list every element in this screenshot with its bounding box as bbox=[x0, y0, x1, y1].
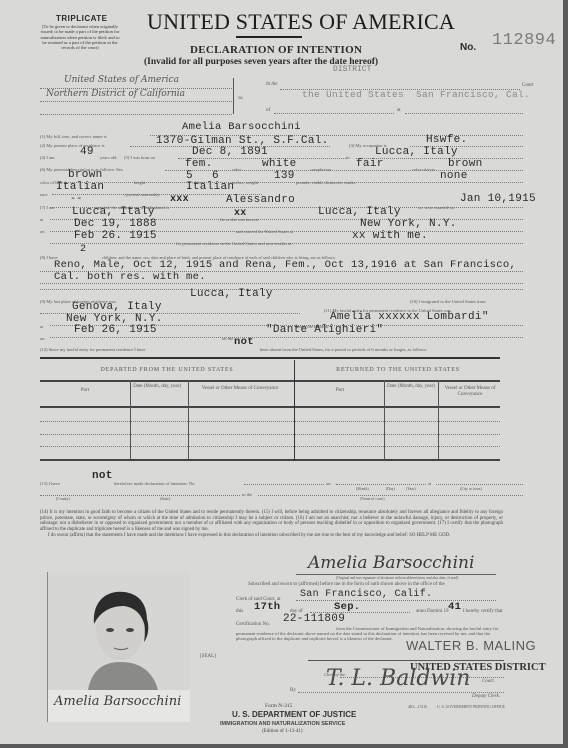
col-date-returned: Date (Month, day, year) bbox=[384, 384, 438, 390]
court-suffix: Court. bbox=[482, 679, 495, 684]
field-10-label: (10) I emigrated to the United States fr… bbox=[410, 299, 486, 304]
jurat-year-value: 41 bbox=[448, 601, 461, 613]
jurat-day-value: 17th bbox=[254, 601, 280, 613]
oath-swear: I do swear (affirm) that the statements … bbox=[40, 533, 503, 539]
prior-declaration-label: heretofore made declaration of intention… bbox=[114, 481, 195, 486]
absence-value: not bbox=[234, 336, 254, 348]
oath-text: (14) It is my intention in good faith to… bbox=[40, 510, 503, 539]
race-value: Italian bbox=[56, 181, 104, 193]
printer-name: U. S. GOVERNMENT PRINTING OFFICE bbox=[437, 705, 505, 709]
declaration-number: 112894 bbox=[492, 31, 556, 50]
day-caption: (Day) bbox=[386, 487, 395, 491]
birth-date-value: Dec 8, 1891 bbox=[192, 146, 268, 158]
number-label: No. bbox=[460, 42, 476, 53]
city-caption: (City or town) bbox=[460, 487, 482, 491]
signature-caption: (Original and true signature of declaran… bbox=[336, 576, 458, 580]
anno-domini-label: anno Domini 19 bbox=[416, 609, 449, 614]
col-port-departed: Port bbox=[40, 388, 130, 394]
ss-label: ss: bbox=[238, 96, 243, 101]
color-value: white bbox=[262, 158, 297, 170]
venue-district: Northern District of California bbox=[46, 89, 185, 99]
col-vessel-returned: Vessel or Other Means of Conveyance bbox=[440, 386, 500, 398]
declaration-of-intention-document: TRIPLICATE (To be given to declarant whe… bbox=[0, 0, 563, 744]
prior-declaration-value: not bbox=[92, 470, 113, 482]
last-foreign-residence-value: Lucca, Italy bbox=[190, 288, 273, 300]
birth-place-value: Lucca, Italy bbox=[375, 146, 458, 158]
field-4-label: (4) I am bbox=[40, 155, 55, 160]
declarant-signature: Amelia Barsocchini bbox=[308, 553, 474, 573]
department-name: U. S. DEPARTMENT OF JUSTICE bbox=[232, 710, 356, 719]
spouse-birthplace-value: Lucca, Italy bbox=[318, 206, 401, 218]
of-label: of bbox=[266, 108, 270, 113]
certification-number: 22-111809 bbox=[283, 613, 345, 625]
deputy-clerk-signature: T. L. Baldwin bbox=[326, 666, 470, 691]
deputy-clerk-label: Deputy Clerk. bbox=[472, 694, 500, 699]
returned-header: RETURNED TO THE UNITED STATES bbox=[296, 360, 500, 380]
children-count-value: 2 bbox=[80, 244, 86, 255]
field-5-label: (5) I was born on bbox=[124, 155, 155, 160]
jurat-city-value: San Francisco, Calif. bbox=[300, 589, 432, 600]
field-2-label: (2) My present place of residence is bbox=[40, 143, 104, 148]
document-title: UNITED STATES OF AMERICA bbox=[147, 9, 455, 35]
oath-paragraph: (14) It is my intention in good faith to… bbox=[40, 510, 503, 532]
venue-bracket bbox=[233, 78, 234, 114]
triplicate-note: (To be given to declarant when originall… bbox=[40, 24, 120, 50]
portrait-icon bbox=[48, 572, 190, 690]
married-place-value: Lucca, Italy bbox=[72, 206, 155, 218]
entry-on-label: on bbox=[40, 336, 45, 341]
year-caption: (Year) bbox=[406, 487, 416, 491]
spouse-name-value: Alessandro bbox=[226, 194, 295, 206]
certify-label: I hereby certify that bbox=[463, 609, 503, 614]
field-12-label: (12) Since my lawful entry for permanent… bbox=[40, 347, 145, 352]
form-number: Form N-315 bbox=[265, 703, 292, 709]
sex-value: fem. bbox=[185, 158, 213, 170]
district-stamp: DISTRICT bbox=[333, 65, 371, 74]
absence-suffix: been absent from the United States, for … bbox=[260, 347, 427, 352]
entered-date-value: Feb 26. 1915 bbox=[74, 230, 157, 242]
in-label: in bbox=[346, 155, 350, 160]
in-the-label: In the bbox=[266, 82, 278, 87]
entered-place-value: New York, N.Y. bbox=[360, 218, 457, 230]
complexion-value: fair bbox=[356, 158, 384, 170]
nationality-value: Italian bbox=[186, 181, 234, 193]
years-old-label: years old. bbox=[100, 155, 118, 160]
children-line-2: Cal. both res. with me. bbox=[54, 271, 206, 283]
county-caption: (County) bbox=[56, 497, 70, 501]
field-13-label: (13) I have bbox=[40, 481, 60, 486]
hair-value: brown bbox=[68, 169, 103, 181]
at-label: at bbox=[397, 108, 401, 113]
marks-value: none bbox=[440, 170, 468, 182]
strikeout-mark: xx bbox=[234, 208, 247, 219]
court-label: Court bbox=[522, 83, 533, 88]
full-name-value: Amelia Barsocchini bbox=[182, 121, 301, 133]
service-name: IMMIGRATION AND NATURALIZATION SERVICE bbox=[220, 721, 345, 727]
absence-table: DEPARTED FROM THE UNITED STATES RETURNED… bbox=[40, 360, 500, 470]
jurat-line-1: Subscribed and sworn to (affirmed) befor… bbox=[248, 582, 445, 587]
weight-value: 139 bbox=[274, 170, 295, 182]
declarant-photo: Amelia Barsocchini bbox=[47, 572, 190, 722]
children-line-1: Reno, Male, Oct 12, 1915 and Rena, Fem.,… bbox=[54, 259, 516, 271]
col-port-returned: Port bbox=[296, 388, 384, 394]
married-at-label: at bbox=[40, 217, 43, 222]
court-caption: (Name of court) bbox=[360, 497, 384, 501]
occupation-value: Hswfe. bbox=[426, 134, 467, 146]
by-label: By bbox=[290, 688, 296, 693]
married-date-value: Jan 10,1915 bbox=[460, 193, 536, 205]
col-date-departed: Date (Month, day, year) bbox=[130, 384, 184, 390]
age-value: 49 bbox=[80, 146, 94, 158]
departed-header: DEPARTED FROM THE UNITED STATES bbox=[40, 360, 294, 380]
race-label: race bbox=[40, 192, 48, 197]
venue-country: United States of America bbox=[64, 75, 179, 85]
clerk-line bbox=[308, 660, 504, 661]
f13-at-label: at bbox=[428, 481, 431, 486]
this-label: this bbox=[236, 609, 243, 614]
eyes-value: brown bbox=[448, 158, 483, 170]
printer-code: 4IO—13110 bbox=[408, 705, 427, 709]
spouse-resides-value: xx with me. bbox=[352, 230, 428, 242]
strikeout-mark: xxx bbox=[170, 194, 189, 205]
marital-value: -- bbox=[70, 194, 83, 205]
court-city: San Francisco, Cal. bbox=[416, 89, 530, 100]
photo-signature: Amelia Barsocchini bbox=[54, 694, 181, 709]
edition-note: (Edition of 1-13-41) bbox=[262, 729, 303, 734]
entry-name-value: Amelia xxxxxx Lombardi" bbox=[330, 311, 489, 323]
field-1-label: (1) My full, true, and correct name is bbox=[40, 134, 107, 139]
triplicate-label: TRIPLICATE bbox=[56, 14, 108, 23]
entry-vessel-value: "Dante Alighieri" bbox=[266, 324, 383, 336]
document-subtitle: DECLARATION OF INTENTION bbox=[190, 44, 362, 56]
court-name: the United States bbox=[302, 89, 404, 100]
month-caption: (Month) bbox=[356, 487, 369, 491]
portrait-image bbox=[48, 572, 190, 690]
table-top-rule bbox=[40, 357, 500, 359]
title-divider bbox=[236, 36, 302, 38]
clerk-name: WALTER B. MALING bbox=[406, 638, 536, 653]
f13-on-label: on bbox=[326, 481, 331, 486]
on-label: on bbox=[40, 229, 45, 234]
entry-at-label: at bbox=[40, 324, 43, 329]
col-vessel-departed: Vessel or Other Means of Conveyance bbox=[190, 386, 290, 392]
seal-label: [SEAL] bbox=[200, 654, 216, 659]
state-caption: (State) bbox=[160, 497, 170, 501]
spouse-birthdate-value: Dec 19, 1888 bbox=[74, 218, 157, 230]
emigrated-from-value: Genova, Italy bbox=[72, 301, 162, 313]
entry-date-value: Feb 26, 1915 bbox=[74, 324, 157, 336]
f13-in-the-label: in the bbox=[242, 492, 252, 497]
